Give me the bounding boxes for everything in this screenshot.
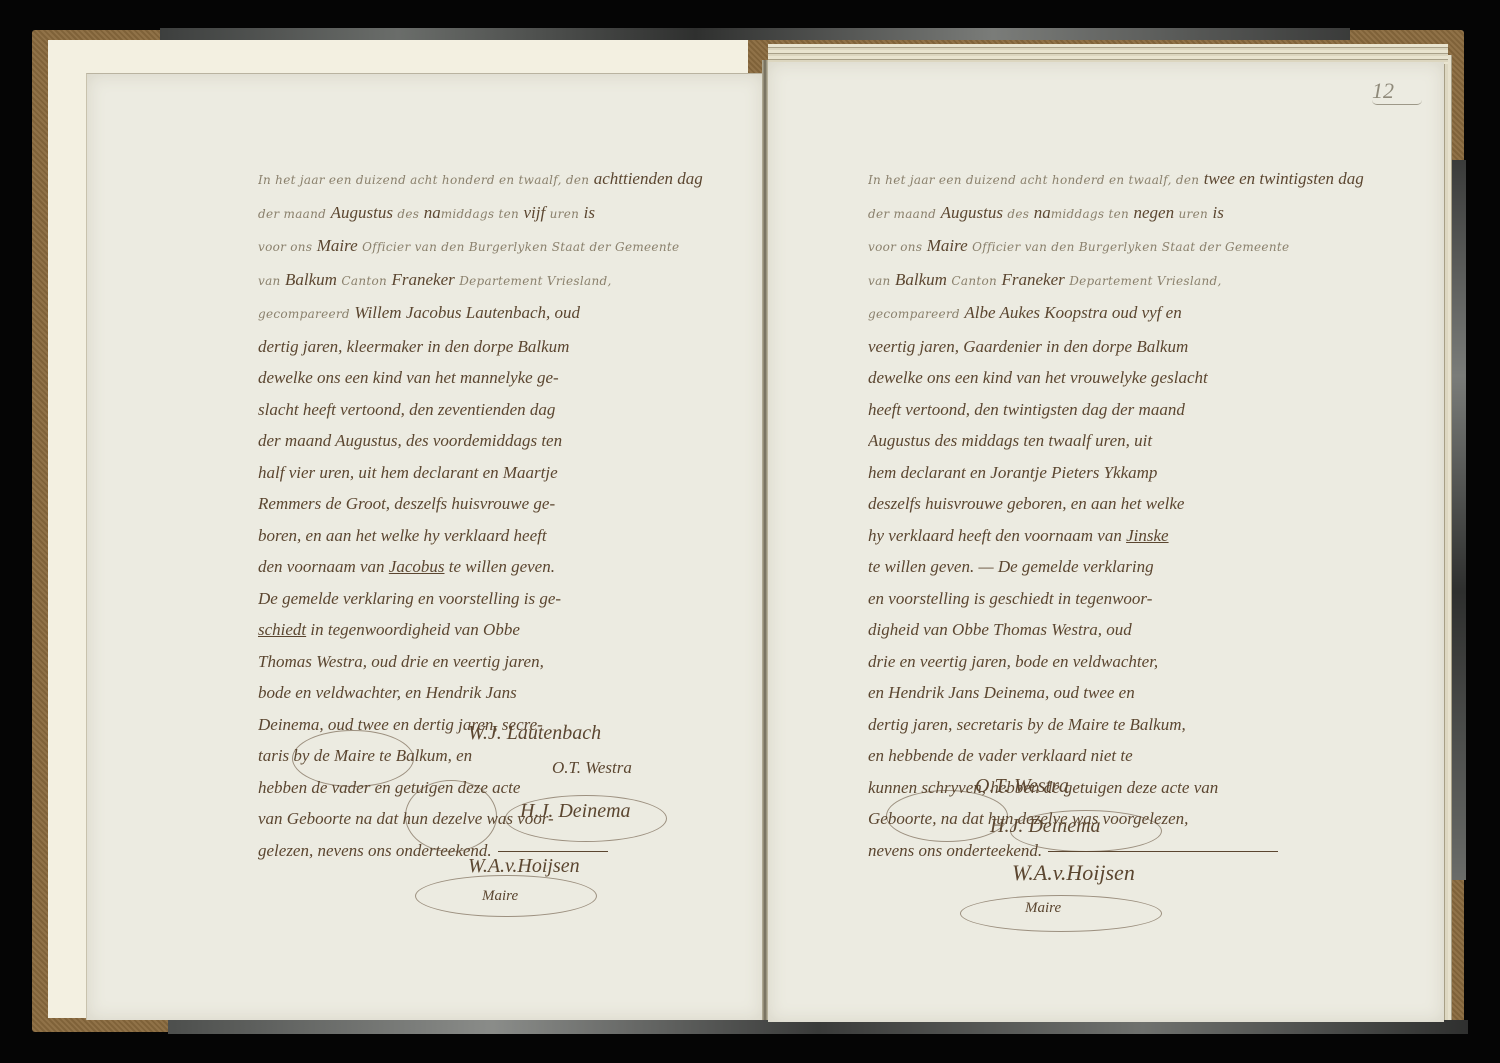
- mayor-title: Maire: [482, 888, 518, 905]
- signature-witness-2: H.J. Deinema: [520, 800, 631, 823]
- handwritten-line: half vier uren, uit hem declarant en Maa…: [258, 457, 768, 489]
- printed-text: Canton: [951, 274, 997, 288]
- record-line: voor ons Maire Officier van den Burgerly…: [258, 230, 768, 264]
- handwritten-line: bode en veldwachter, en Hendrik Jans: [258, 677, 768, 709]
- record-line: der maand Augustus des namiddags ten neg…: [868, 197, 1388, 231]
- handwritten-line: boren, en aan het welke hy verklaard hee…: [258, 520, 768, 552]
- child-name: Jacobus: [389, 557, 445, 576]
- handwritten-text: Balkum: [895, 270, 947, 289]
- handwritten-line: Remmers de Groot, deszelfs huisvrouwe ge…: [258, 488, 768, 520]
- signature-mayor: W.A.v.Hoijsen: [468, 855, 580, 878]
- record-line: gecompareerd Albe Aukes Koopstra oud vyf…: [868, 297, 1388, 331]
- handwritten-text: schiedt: [258, 620, 306, 639]
- handwritten-text: na: [424, 203, 441, 222]
- printed-text: In het jaar een duizend acht honderd en …: [868, 173, 1199, 187]
- handwritten-line: Thomas Westra, oud drie en veertig jaren…: [258, 646, 768, 678]
- record-line: In het jaar een duizend acht honderd en …: [868, 163, 1388, 197]
- printed-text: Canton: [341, 274, 387, 288]
- record-line: van Balkum Canton Franeker Departement V…: [258, 264, 768, 298]
- handwritten-line: Augustus des middags ten twaalf uren, ui…: [868, 425, 1388, 457]
- handwritten-text: hy verklaard heeft den voornaam van: [868, 526, 1122, 545]
- handwritten-text: in tegenwoordigheid van Obbe: [310, 620, 519, 639]
- record-line: hy verklaard heeft den voornaam van Jins…: [868, 520, 1388, 552]
- handwritten-text: Maire: [927, 236, 968, 255]
- printed-text: voor ons: [868, 240, 922, 254]
- handwritten-text: Albe Aukes Koopstra oud vyf en: [964, 303, 1181, 322]
- handwritten-text: achttienden dag: [594, 169, 703, 188]
- signature-flourish: [405, 780, 497, 852]
- handwritten-text: te willen geven.: [449, 557, 555, 576]
- handwritten-line: en hebbende de vader verklaard niet te: [868, 740, 1388, 772]
- handwritten-line: dewelke ons een kind van het vrouwelyke …: [868, 362, 1388, 394]
- handwritten-text: Balkum: [285, 270, 337, 289]
- printed-text: gecompareerd: [258, 307, 350, 321]
- record-line: der maand Augustus des namiddags ten vij…: [258, 197, 768, 231]
- handwritten-text: na: [1034, 203, 1051, 222]
- handwritten-text: Augustus: [941, 203, 1003, 222]
- handwritten-text: Maire: [317, 236, 358, 255]
- handwritten-line: deszelfs huisvrouwe geboren, en aan het …: [868, 488, 1388, 520]
- child-name: Jinske: [1126, 526, 1168, 545]
- handwritten-text: Augustus: [331, 203, 393, 222]
- signature-father: W.J. Lautenbach: [468, 722, 601, 745]
- printed-text: van: [258, 274, 281, 288]
- handwritten-text: De gemelde verklaring: [998, 557, 1154, 576]
- handwritten-text: nevens ons onderteekend.: [868, 841, 1042, 860]
- printed-text: middags ten: [441, 207, 519, 221]
- signature-witness-1: O.T. Westra: [975, 775, 1069, 798]
- marbled-edge-bottom: [168, 1020, 1468, 1034]
- handwritten-line: dertig jaren, kleermaker in den dorpe Ba…: [258, 331, 768, 363]
- signature-mayor: W.A.v.Hoijsen: [1012, 860, 1135, 886]
- page-stack-top: [768, 44, 1448, 64]
- handwritten-line: hem declarant en Jorantje Pieters Ykkamp: [868, 457, 1388, 489]
- handwritten-text: is: [1212, 203, 1223, 222]
- signature-flourish: [292, 730, 414, 787]
- handwritten-text: Willem Jacobus Lautenbach, oud: [354, 303, 580, 322]
- printed-text: Officier van den Burgerlyken Staat der G…: [362, 240, 679, 254]
- printed-text: uren: [550, 207, 580, 221]
- handwritten-text: te willen geven.: [868, 557, 974, 576]
- printed-text: In het jaar een duizend acht honderd en …: [258, 173, 589, 187]
- record-line: In het jaar een duizend acht honderd en …: [258, 163, 768, 197]
- handwritten-line: digheid van Obbe Thomas Westra, oud: [868, 614, 1388, 646]
- handwritten-line: drie en veertig jaren, bode en veldwacht…: [868, 646, 1388, 678]
- printed-text: Officier van den Burgerlyken Staat der G…: [972, 240, 1289, 254]
- handwritten-text: negen: [1133, 203, 1174, 222]
- printed-text: gecompareerd: [868, 307, 960, 321]
- printed-text: voor ons: [258, 240, 312, 254]
- printed-text: Departement Vriesland,: [459, 274, 611, 288]
- printed-text: der maand: [868, 207, 936, 221]
- handwritten-line: slacht heeft vertoond, den zeventienden …: [258, 394, 768, 426]
- printed-text: der maand: [258, 207, 326, 221]
- handwritten-line: en voorstelling is geschiedt in tegenwoo…: [868, 583, 1388, 615]
- printed-text: des: [1007, 207, 1029, 221]
- handwritten-text: den voornaam van: [258, 557, 385, 576]
- printed-text: van: [868, 274, 891, 288]
- record-line: te willen geven. — De gemelde verklaring: [868, 551, 1388, 583]
- handwritten-line: en Hendrik Jans Deinema, oud twee en: [868, 677, 1388, 709]
- closing-rule: [498, 851, 608, 852]
- handwritten-line: dertig jaren, secretaris by de Maire te …: [868, 709, 1388, 741]
- marbled-edge-right: [1452, 160, 1466, 880]
- birth-record-right: In het jaar een duizend acht honderd en …: [868, 163, 1388, 866]
- signature-witness-1: O.T. Westra: [552, 758, 632, 778]
- handwritten-text: is: [584, 203, 595, 222]
- printed-text: uren: [1179, 207, 1209, 221]
- handwritten-text: Franeker: [392, 270, 455, 289]
- record-line: schiedt in tegenwoordigheid van Obbe: [258, 614, 768, 646]
- record-line: van Balkum Canton Franeker Departement V…: [868, 264, 1388, 298]
- handwritten-line: De gemelde verklaring en voorstelling is…: [258, 583, 768, 615]
- record-line: den voornaam van Jacobus te willen geven…: [258, 551, 768, 583]
- printed-text: des: [397, 207, 419, 221]
- handwritten-line: dewelke ons een kind van het mannelyke g…: [258, 362, 768, 394]
- handwritten-text: twee en twintigsten dag: [1204, 169, 1364, 188]
- record-line: gecompareerd Willem Jacobus Lautenbach, …: [258, 297, 768, 331]
- printed-text: Departement Vriesland,: [1069, 274, 1221, 288]
- handwritten-text: Franeker: [1002, 270, 1065, 289]
- handwritten-text: vijf: [523, 203, 545, 222]
- handwritten-line: veertig jaren, Gaardenier in den dorpe B…: [868, 331, 1388, 363]
- signature-witness-2: H.J. Deinema: [990, 815, 1101, 838]
- printed-text: middags ten: [1051, 207, 1129, 221]
- marbled-edge-top: [160, 28, 1350, 40]
- handwritten-line: heeft vertoond, den twintigsten dag der …: [868, 394, 1388, 426]
- folio-flourish: [1372, 100, 1422, 105]
- handwritten-line: der maand Augustus, des voordemiddags te…: [258, 425, 768, 457]
- mayor-title: Maire: [1025, 900, 1061, 917]
- record-line: voor ons Maire Officier van den Burgerly…: [868, 230, 1388, 264]
